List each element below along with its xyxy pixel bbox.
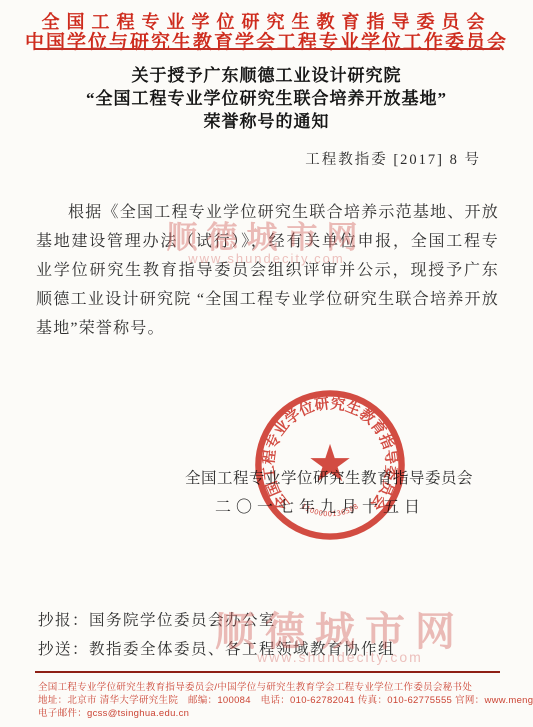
footer-email-line: 电子邮件：gcss@tsinghua.edu.cn bbox=[38, 707, 517, 720]
notice-document-page: 全国工程专业学位研究生教育指导委员会 中国学位与研究生教育学会工程专业学位工作委… bbox=[0, 0, 533, 727]
notice-title: 关于授予广东顺德工业设计研究院 “全国工程专业学位研究生联合培养开放基地” 荣誉… bbox=[0, 64, 533, 133]
star-icon: ★ bbox=[307, 434, 353, 494]
footer-block: 全国工程专业学位研究生教育指导委员会/中国学位与研究生教育学会工程专业学位工作委… bbox=[38, 681, 517, 720]
seal-serial-holder: 1100000136588 bbox=[300, 502, 360, 518]
notice-title-line2: “全国工程专业学位研究生联合培养开放基地” bbox=[0, 87, 533, 110]
footer-contact-line: 地址：北京市 清华大学研究生院 邮编：100084 电话：010-6278204… bbox=[38, 694, 517, 707]
seal-serial: 1100000136588 bbox=[300, 502, 360, 518]
footer-divider bbox=[35, 671, 500, 673]
body-paragraph: 根据《全国工程专业学位研究生联合培养示范基地、开放基地建设管理办法（试行）》，经… bbox=[36, 198, 499, 343]
letterhead-divider bbox=[35, 48, 500, 50]
official-seal: 全国工程专业学位研究生教育指导委员会 ★ 1100000136588 bbox=[251, 386, 409, 544]
cc-send-line: 抄送：教指委全体委员、各工程领域教育协作组 bbox=[38, 637, 395, 659]
notice-title-line1: 关于授予广东顺德工业设计研究院 bbox=[0, 64, 533, 87]
footer-secretariat-line: 全国工程专业学位研究生教育指导委员会/中国学位与研究生教育学会工程专业学位工作委… bbox=[38, 681, 517, 694]
notice-title-line3: 荣誉称号的通知 bbox=[0, 110, 533, 133]
doc-number: 工程教指委 [2017] 8 号 bbox=[305, 148, 481, 169]
cc-report-line: 抄报：国务院学位委员会办公室 bbox=[38, 608, 276, 630]
